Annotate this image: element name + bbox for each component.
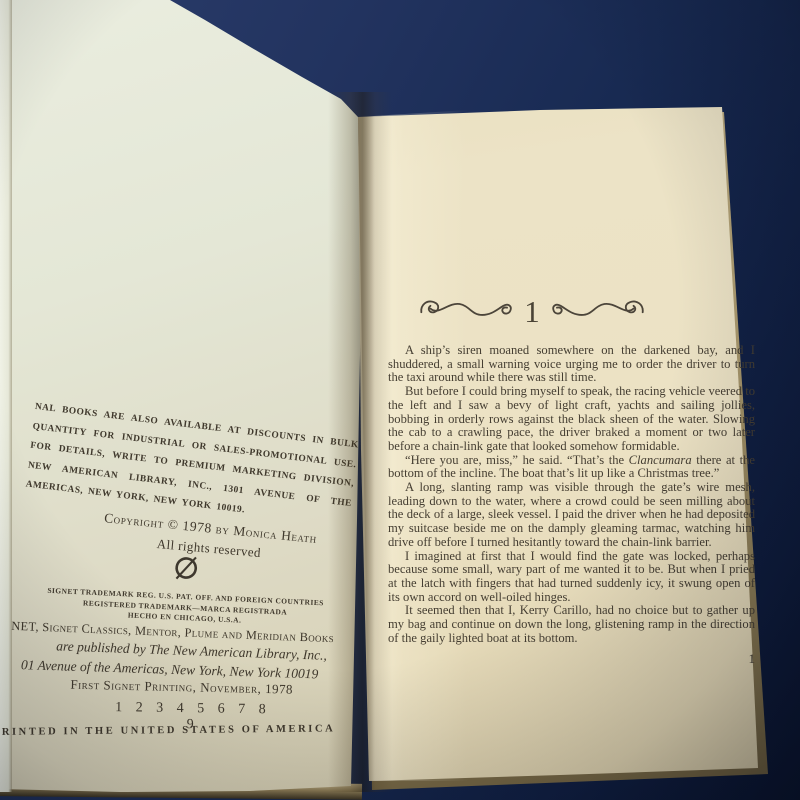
boat-name-italic: Clancumara	[629, 453, 692, 467]
paragraph: But before I could bring myself to speak…	[388, 385, 755, 454]
paragraph: “Here you are, miss,” he said. “That’s t…	[388, 454, 755, 481]
paragraph: It seemed then that I, Kerry Carillo, ha…	[388, 604, 755, 645]
chapter-page-content: 1 A ship’s siren moaned somewhere on the…	[348, 98, 768, 790]
chapter-body-text: A ship’s siren moaned somewhere on the d…	[388, 344, 755, 645]
chapter-heading: 1	[348, 294, 768, 330]
chapter-flourish-left-icon	[418, 294, 514, 330]
book-photo: NAL BOOKS ARE ALSO AVAILABLE AT DISCOUNT…	[0, 0, 800, 800]
paragraph: A long, slanting ramp was visible throug…	[388, 481, 755, 550]
paragraph-segment: “Here you are, miss,” he said. “That’s t…	[405, 453, 629, 467]
chapter-number: 1	[524, 297, 540, 327]
paragraph: I imagined at first that I would find th…	[388, 550, 755, 605]
paragraph: A ship’s siren moaned somewhere on the d…	[388, 344, 755, 385]
left-page-fore-edge	[0, 0, 12, 792]
chapter-flourish-right-icon	[550, 294, 646, 330]
page-number: 1	[388, 651, 761, 667]
